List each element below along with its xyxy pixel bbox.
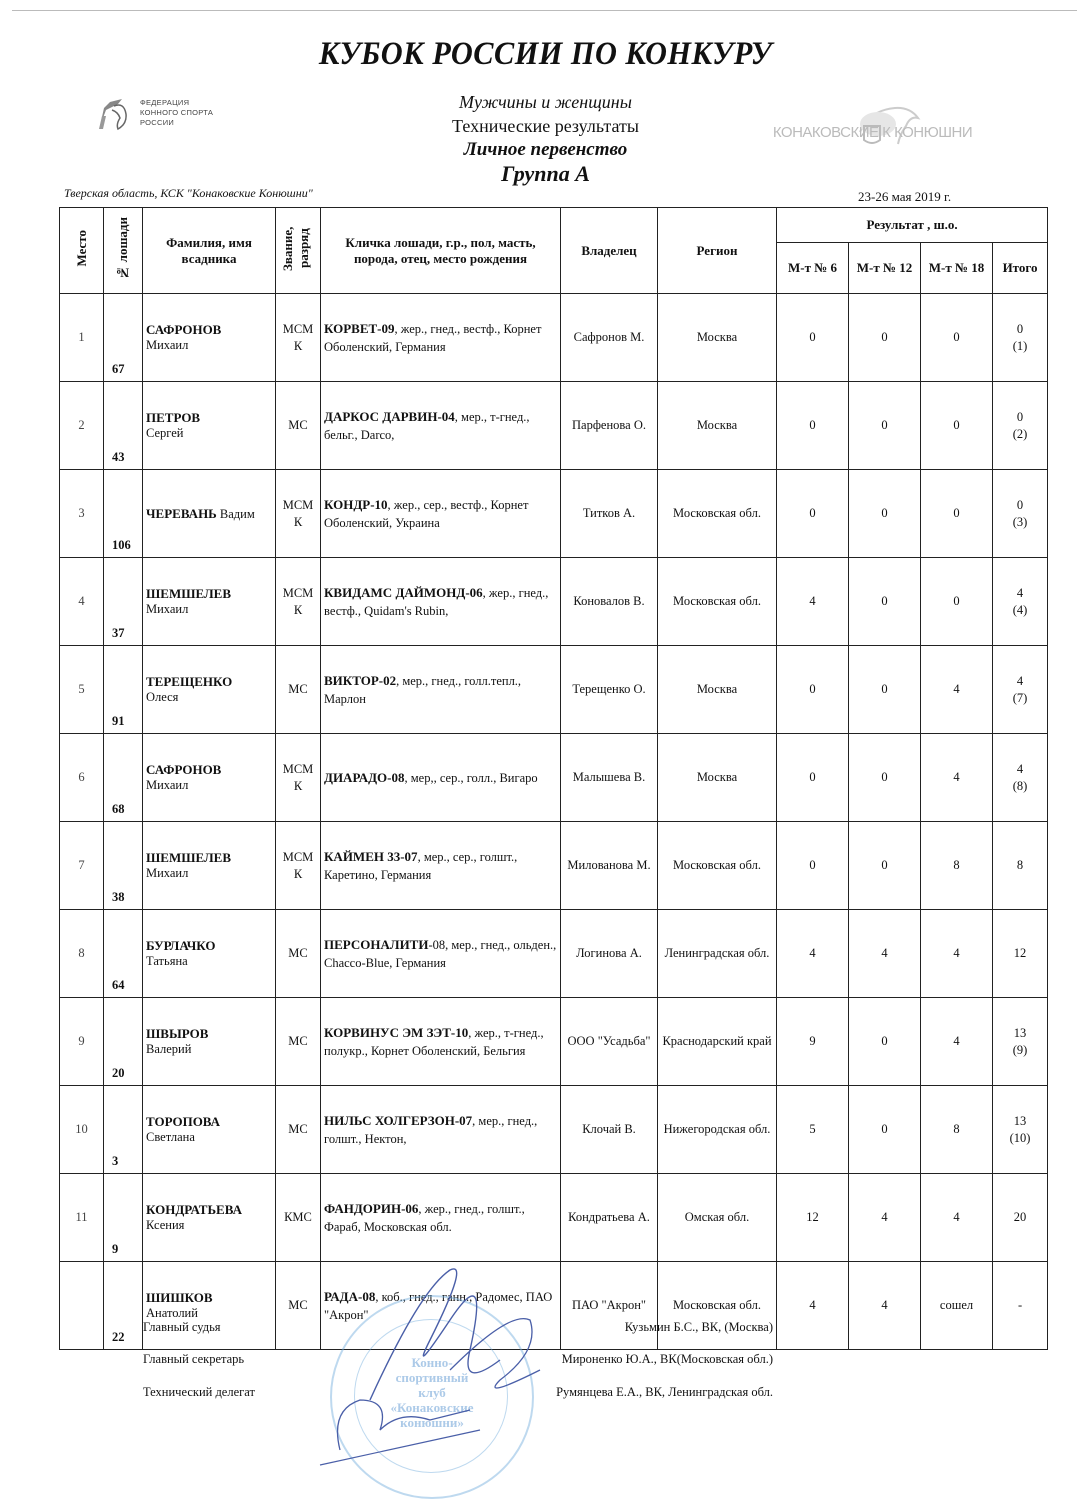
- place-cell: 9: [60, 998, 104, 1086]
- official-row: Главный судья Кузьмин Б.С., ВК, (Москва): [0, 1320, 1091, 1340]
- official-name: Мироненко Ю.А., ВК(Московская обл.): [562, 1352, 773, 1367]
- total-rank-note: (10): [1010, 1131, 1031, 1145]
- table-header-row: Место № лошади Фамилия, имя всадника Зва…: [60, 208, 1048, 243]
- rider-first-name: Михаил: [146, 778, 188, 792]
- horse-cell: ВИКТОР-02, мер., гнед., голл.тепл., Марл…: [321, 646, 561, 734]
- total-rank-note: (7): [1013, 691, 1028, 705]
- round-18-score: 8: [921, 1086, 993, 1174]
- rider-cell: ЧЕРЕВАНЬ Вадим: [143, 470, 276, 558]
- round-6-score: 0: [777, 734, 849, 822]
- round-12-score: 0: [849, 822, 921, 910]
- official-row: Главный секретарь Мироненко Ю.А., ВК(Мос…: [0, 1352, 1091, 1372]
- rider-first-name: Сергей: [146, 426, 184, 440]
- rank-cell: МС: [276, 382, 321, 470]
- rider-cell: САФРОНОВМихаил: [143, 294, 276, 382]
- rider-first-name: Михаил: [146, 602, 188, 616]
- col-header-region: Регион: [658, 208, 777, 294]
- col-header-round-18: М-т № 18: [921, 243, 993, 294]
- rider-first-name: Михаил: [146, 338, 188, 352]
- round-6-score: 4: [777, 910, 849, 998]
- round-12-score: 0: [849, 382, 921, 470]
- horse-name: КОРВЕТ-09: [324, 321, 395, 336]
- place-cell: 11: [60, 1174, 104, 1262]
- total-rank-note: (4): [1013, 603, 1028, 617]
- official-role: Главный судья: [143, 1320, 221, 1335]
- rider-first-name: Татьяна: [146, 954, 188, 968]
- total-score: 4(8): [993, 734, 1048, 822]
- round-6-score: 12: [777, 1174, 849, 1262]
- horse-details: , мер,, сер., голл., Вигаро: [405, 771, 538, 785]
- round-18-score: 0: [921, 382, 993, 470]
- place-cell: 8: [60, 910, 104, 998]
- konakovo-stables-logo: КОНАКОВСКИЕ К КОНЮШНИ: [760, 104, 985, 154]
- horse-cell: КОНДР-10, жер., сер., вестф., Корнет Обо…: [321, 470, 561, 558]
- rank-text: МСМК: [283, 586, 314, 617]
- horse-name: ДИАРАДО-08: [324, 770, 405, 785]
- owner-cell: Логинова А.: [561, 910, 658, 998]
- official-role: Технический делегат: [143, 1385, 255, 1400]
- total-score: 13(10): [993, 1086, 1048, 1174]
- rider-cell: ШЕМШЕЛЕВМихаил: [143, 558, 276, 646]
- total-rank-note: (3): [1013, 515, 1028, 529]
- horse-number-cell: 106: [104, 470, 143, 558]
- owner-cell: Коновалов В.: [561, 558, 658, 646]
- official-name: Кузьмин Б.С., ВК, (Москва): [625, 1320, 773, 1335]
- rank-cell: МСМК: [276, 294, 321, 382]
- table-row: 3106ЧЕРЕВАНЬ ВадимМСМККОНДР-10, жер., се…: [60, 470, 1048, 558]
- horse-number-cell: 3: [104, 1086, 143, 1174]
- owner-cell: Кондратьева А.: [561, 1174, 658, 1262]
- rider-first-name: Вадим: [220, 507, 255, 521]
- rider-last-name: ЧЕРЕВАНЬ: [146, 506, 217, 521]
- table-row: 167САФРОНОВМихаилМСМККОРВЕТ-09, жер., гн…: [60, 294, 1048, 382]
- total-value: 13: [1014, 1114, 1027, 1128]
- owner-cell: Сафронов М.: [561, 294, 658, 382]
- horse-name: ДАРКОС ДАРВИН-04: [324, 409, 455, 424]
- col-header-total: Итого: [993, 243, 1048, 294]
- horse-name: ПЕРСОНАЛИТИ: [324, 937, 428, 952]
- owner-cell: Клочай В.: [561, 1086, 658, 1174]
- horse-number-cell: 38: [104, 822, 143, 910]
- region-cell: Московская обл.: [658, 558, 777, 646]
- horse-cell: КОРВИНУС ЭМ ЗЭТ-10, жер., т-гнед., полук…: [321, 998, 561, 1086]
- round-12-score: 0: [849, 734, 921, 822]
- konakovo-logo-text: КОНАКОВСКИЕ К КОНЮШНИ: [760, 124, 985, 141]
- horse-name: КВИДАМС ДАЙМОНД-06: [324, 585, 483, 600]
- round-6-score: 5: [777, 1086, 849, 1174]
- col-header-owner: Владелец: [561, 208, 658, 294]
- rider-cell: КОНДРАТЬЕВАКсения: [143, 1174, 276, 1262]
- rider-first-name: Ксения: [146, 1218, 184, 1232]
- rank-text: МСМК: [283, 498, 314, 529]
- total-value: 0: [1017, 322, 1023, 336]
- rider-last-name: КОНДРАТЬЕВА: [146, 1202, 242, 1217]
- region-cell: Москва: [658, 734, 777, 822]
- region-cell: Москва: [658, 382, 777, 470]
- horse-cell: ПЕРСОНАЛИТИ-08, мер., гнед., ольден., Ch…: [321, 910, 561, 998]
- table-row: 243ПЕТРОВСергейМСДАРКОС ДАРВИН-04, мер.,…: [60, 382, 1048, 470]
- round-18-score: 4: [921, 910, 993, 998]
- place-cell: 7: [60, 822, 104, 910]
- total-score: 4(4): [993, 558, 1048, 646]
- rider-first-name: Светлана: [146, 1130, 195, 1144]
- round-18-score: 4: [921, 998, 993, 1086]
- table-row: 591ТЕРЕЩЕНКООлесяМСВИКТОР-02, мер., гнед…: [60, 646, 1048, 734]
- col-header-rider: Фамилия, имя всадника: [143, 208, 276, 294]
- col-header-horse-no: № лошади: [104, 208, 143, 294]
- round-18-score: 8: [921, 822, 993, 910]
- round-12-score: 4: [849, 1174, 921, 1262]
- rank-cell: МС: [276, 998, 321, 1086]
- official-name: Румянцева Е.А., ВК, Ленинградская обл.: [556, 1385, 773, 1400]
- group-label: Группа А: [0, 161, 1091, 187]
- round-6-score: 0: [777, 294, 849, 382]
- rank-text: МС: [288, 682, 307, 696]
- place-cell: 1: [60, 294, 104, 382]
- round-12-score: 0: [849, 558, 921, 646]
- total-value: 4: [1017, 674, 1023, 688]
- rider-first-name: Михаил: [146, 866, 188, 880]
- place-cell: 3: [60, 470, 104, 558]
- rank-text: МС: [288, 418, 307, 432]
- table-row: 668САФРОНОВМихаилМСМКДИАРАДО-08, мер,, с…: [60, 734, 1048, 822]
- total-value: 4: [1017, 762, 1023, 776]
- rider-cell: ПЕТРОВСергей: [143, 382, 276, 470]
- rider-last-name: САФРОНОВ: [146, 322, 221, 337]
- rider-last-name: ПЕТРОВ: [146, 410, 200, 425]
- total-rank-note: (1): [1013, 339, 1028, 353]
- results-table: Место № лошади Фамилия, имя всадника Зва…: [59, 207, 1048, 1350]
- horse-number-cell: 9: [104, 1174, 143, 1262]
- col-header-horse: Кличка лошади, г.р., пол, масть, порода,…: [321, 208, 561, 294]
- rank-cell: МСМК: [276, 822, 321, 910]
- place-cell: 5: [60, 646, 104, 734]
- rider-last-name: ТЕРЕЩЕНКО: [146, 674, 232, 689]
- horse-number-cell: 68: [104, 734, 143, 822]
- total-rank-note: (8): [1013, 779, 1028, 793]
- round-18-score: 0: [921, 558, 993, 646]
- total-score: 0(2): [993, 382, 1048, 470]
- region-cell: Омская обл.: [658, 1174, 777, 1262]
- place-cell: 10: [60, 1086, 104, 1174]
- rank-cell: МС: [276, 910, 321, 998]
- rider-first-name: Валерий: [146, 1042, 191, 1056]
- region-cell: Москва: [658, 294, 777, 382]
- rider-cell: ТОРОПОВАСветлана: [143, 1086, 276, 1174]
- horse-number-cell: 20: [104, 998, 143, 1086]
- rank-text: КМС: [284, 1210, 312, 1224]
- total-score: 20: [993, 1174, 1048, 1262]
- round-18-score: 0: [921, 294, 993, 382]
- round-12-score: 4: [849, 910, 921, 998]
- total-rank-note: (2): [1013, 427, 1028, 441]
- table-row: 119КОНДРАТЬЕВАКсенияКМСФАНДОРИН-06, жер.…: [60, 1174, 1048, 1262]
- total-value: 0: [1017, 498, 1023, 512]
- rider-last-name: ТОРОПОВА: [146, 1114, 220, 1129]
- page-edge-line: [12, 10, 1077, 11]
- total-value: 13: [1014, 1026, 1027, 1040]
- rank-text: МС: [288, 1122, 307, 1136]
- rank-cell: КМС: [276, 1174, 321, 1262]
- region-cell: Москва: [658, 646, 777, 734]
- round-12-score: 0: [849, 646, 921, 734]
- horse-name: ВИКТОР-02: [324, 673, 396, 688]
- owner-cell: Парфенова О.: [561, 382, 658, 470]
- total-value: 0: [1017, 410, 1023, 424]
- total-score: 12: [993, 910, 1048, 998]
- official-role: Главный секретарь: [143, 1352, 244, 1367]
- table-row: 864БУРЛАЧКОТатьянаМСПЕРСОНАЛИТИ-08, мер.…: [60, 910, 1048, 998]
- table-row: 437ШЕМШЕЛЕВМихаилМСМККВИДАМС ДАЙМОНД-06,…: [60, 558, 1048, 646]
- round-12-score: 0: [849, 998, 921, 1086]
- horse-name: КОРВИНУС ЭМ ЗЭТ-10: [324, 1025, 468, 1040]
- region-cell: Краснодарский край: [658, 998, 777, 1086]
- table-row: 103ТОРОПОВАСветланаМСНИЛЬС ХОЛГЕРЗОН-07,…: [60, 1086, 1048, 1174]
- horse-cell: ДАРКОС ДАРВИН-04, мер., т-гнед., бельг.,…: [321, 382, 561, 470]
- rank-cell: МС: [276, 646, 321, 734]
- rank-cell: МСМК: [276, 558, 321, 646]
- region-cell: Московская обл.: [658, 470, 777, 558]
- horse-number-cell: 37: [104, 558, 143, 646]
- rider-last-name: ШИШКОВ: [146, 1290, 213, 1305]
- owner-cell: Милованова М.: [561, 822, 658, 910]
- total-value: 20: [1014, 1210, 1027, 1224]
- col-header-round-12: М-т № 12: [849, 243, 921, 294]
- place-cell: 4: [60, 558, 104, 646]
- rider-last-name: ШВЫРОВ: [146, 1026, 208, 1041]
- round-6-score: 0: [777, 470, 849, 558]
- rank-cell: МС: [276, 1086, 321, 1174]
- owner-cell: ООО "Усадьба": [561, 998, 658, 1086]
- total-rank-note: (9): [1013, 1043, 1028, 1057]
- rank-text: МС: [288, 946, 307, 960]
- round-18-score: 4: [921, 734, 993, 822]
- total-value: 4: [1017, 586, 1023, 600]
- total-score: 0(1): [993, 294, 1048, 382]
- rider-cell: ШВЫРОВВалерий: [143, 998, 276, 1086]
- dates-label: 23-26 мая 2019 г.: [858, 189, 951, 205]
- horse-name: КАЙМЕН 33-07: [324, 849, 418, 864]
- total-score: 4(7): [993, 646, 1048, 734]
- rider-cell: САФРОНОВМихаил: [143, 734, 276, 822]
- owner-cell: Титков А.: [561, 470, 658, 558]
- rider-last-name: БУРЛАЧКО: [146, 938, 216, 953]
- round-6-score: 0: [777, 646, 849, 734]
- total-score: 13(9): [993, 998, 1048, 1086]
- place-cell: 6: [60, 734, 104, 822]
- round-6-score: 0: [777, 822, 849, 910]
- round-18-score: 0: [921, 470, 993, 558]
- round-6-score: 0: [777, 382, 849, 470]
- owner-cell: Терещенко О.: [561, 646, 658, 734]
- round-18-score: 4: [921, 1174, 993, 1262]
- round-18-score: 4: [921, 646, 993, 734]
- round-6-score: 4: [777, 558, 849, 646]
- rank-text: МС: [288, 1034, 307, 1048]
- table-row: 920ШВЫРОВВалерийМСКОРВИНУС ЭМ ЗЭТ-10, же…: [60, 998, 1048, 1086]
- horse-cell: НИЛЬС ХОЛГЕРЗОН-07, мер., гнед., голшт.,…: [321, 1086, 561, 1174]
- col-header-rank: Звание, разряд: [276, 208, 321, 294]
- horse-number-cell: 43: [104, 382, 143, 470]
- rider-cell: ТЕРЕЩЕНКООлеся: [143, 646, 276, 734]
- round-12-score: 0: [849, 470, 921, 558]
- rider-first-name: Анатолий: [146, 1306, 198, 1320]
- horse-cell: КОРВЕТ-09, жер., гнед., вестф., Корнет О…: [321, 294, 561, 382]
- horse-number-cell: 64: [104, 910, 143, 998]
- total-value: 8: [1017, 858, 1023, 872]
- col-header-result: Результат , ш.о.: [777, 208, 1048, 243]
- total-value: -: [1018, 1298, 1022, 1312]
- horse-name: НИЛЬС ХОЛГЕРЗОН-07: [324, 1113, 472, 1128]
- round-12-score: 0: [849, 294, 921, 382]
- region-cell: Нижегородская обл.: [658, 1086, 777, 1174]
- rank-text: МСМК: [283, 322, 314, 353]
- venue-label: Тверская область, КСК "Конаковские Конюш…: [64, 186, 313, 201]
- rank-text: МСМК: [283, 850, 314, 881]
- rider-cell: БУРЛАЧКОТатьяна: [143, 910, 276, 998]
- round-12-score: 0: [849, 1086, 921, 1174]
- total-score: 8: [993, 822, 1048, 910]
- place-cell: 2: [60, 382, 104, 470]
- document-title: КУБОК РОССИИ ПО КОНКУРУ: [44, 36, 1048, 73]
- horse-cell: КВИДАМС ДАЙМОНД-06, жер., гнед., вестф.,…: [321, 558, 561, 646]
- horse-cell: КАЙМЕН 33-07, мер., сер., голшт., Карети…: [321, 822, 561, 910]
- official-row: Технический делегат Румянцева Е.А., ВК, …: [0, 1385, 1091, 1405]
- owner-cell: Малышева В.: [561, 734, 658, 822]
- region-cell: Московская обл.: [658, 822, 777, 910]
- rider-last-name: САФРОНОВ: [146, 762, 221, 777]
- col-header-place: Место: [60, 208, 104, 294]
- total-score: 0(3): [993, 470, 1048, 558]
- horse-number-cell: 91: [104, 646, 143, 734]
- rank-cell: МСМК: [276, 470, 321, 558]
- horse-cell: ФАНДОРИН-06, жер., гнед., голшт., Фараб,…: [321, 1174, 561, 1262]
- rider-cell: ШЕМШЕЛЕВМихаил: [143, 822, 276, 910]
- col-header-round-6: М-т № 6: [777, 243, 849, 294]
- region-cell: Ленинградская обл.: [658, 910, 777, 998]
- rider-last-name: ШЕМШЕЛЕВ: [146, 586, 231, 601]
- rank-cell: МСМК: [276, 734, 321, 822]
- round-6-score: 9: [777, 998, 849, 1086]
- rider-last-name: ШЕМШЕЛЕВ: [146, 850, 231, 865]
- total-value: 12: [1014, 946, 1027, 960]
- horse-cell: ДИАРАДО-08, мер,, сер., голл., Вигаро: [321, 734, 561, 822]
- table-row: 738ШЕМШЕЛЕВМихаилМСМККАЙМЕН 33-07, мер.,…: [60, 822, 1048, 910]
- horse-name: ФАНДОРИН-06: [324, 1201, 418, 1216]
- horse-number-cell: 67: [104, 294, 143, 382]
- rank-text: МСМК: [283, 762, 314, 793]
- horse-name: КОНДР-10: [324, 497, 388, 512]
- rider-first-name: Олеся: [146, 690, 178, 704]
